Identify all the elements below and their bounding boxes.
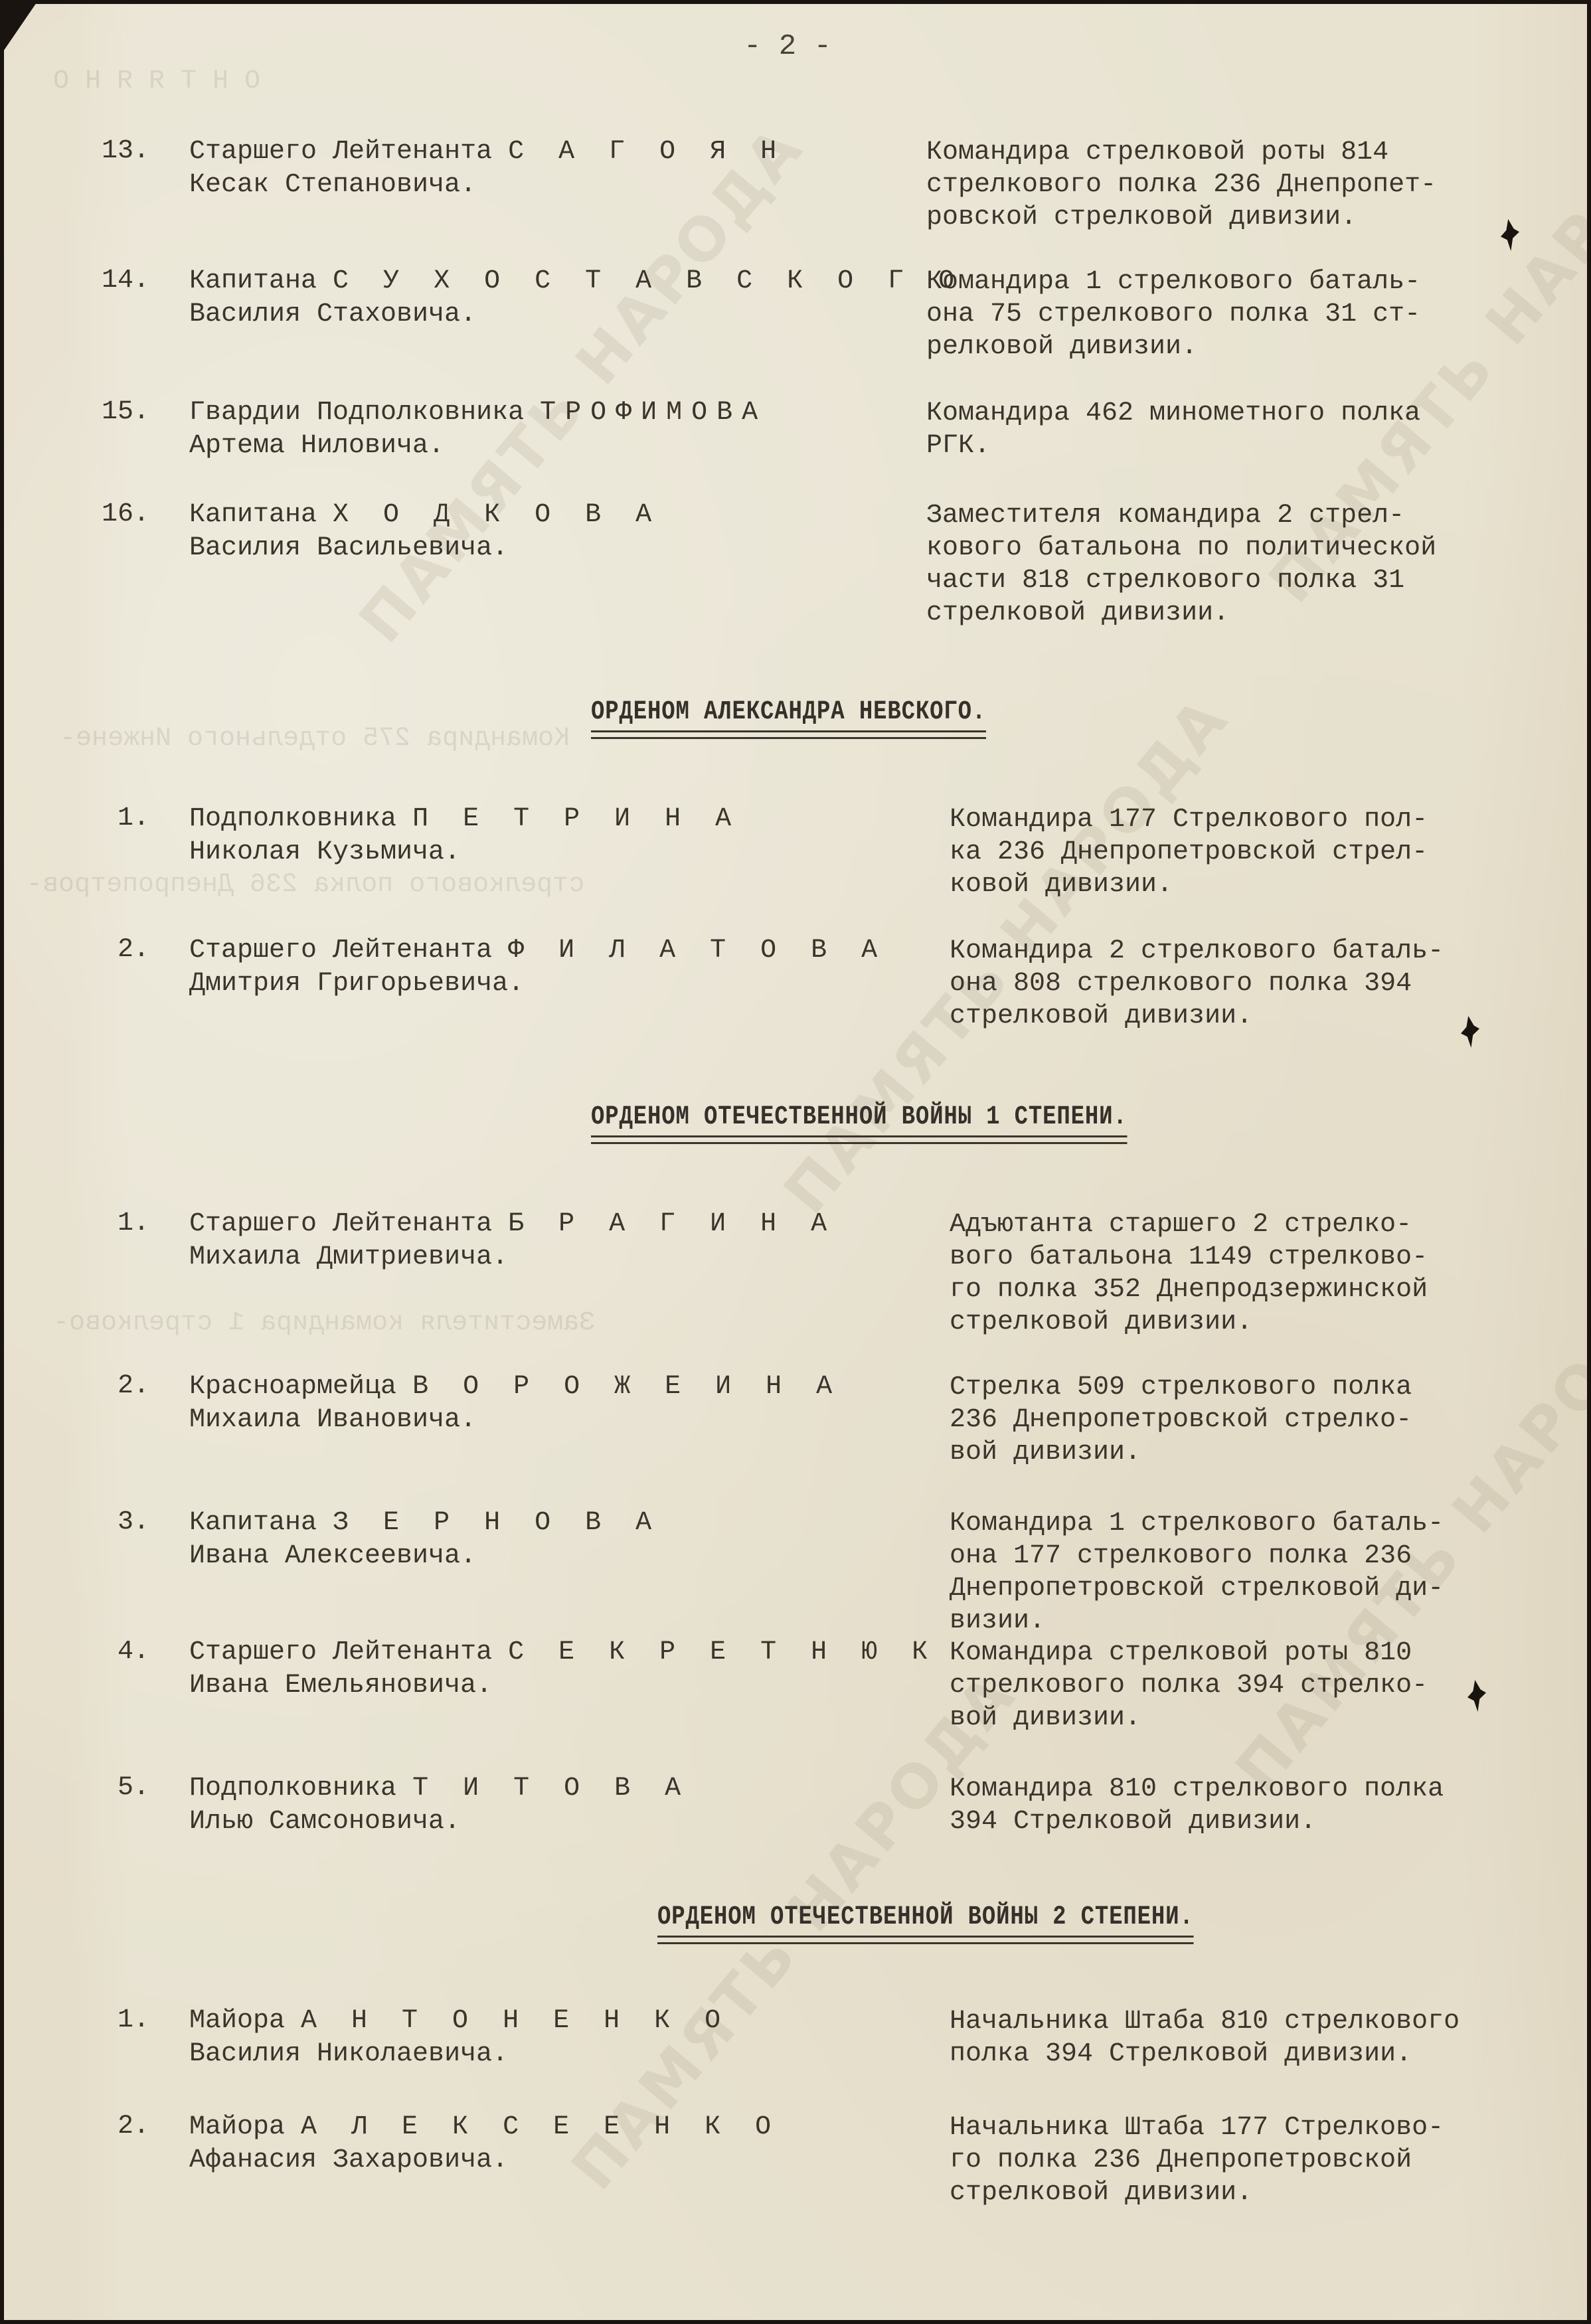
position-line: Командира 1 стрелкового баталь- [926, 266, 1420, 298]
position-line: полка 394 Стрелковой дивизии. [950, 2038, 1460, 2070]
position-line: Командира 462 минометного полка [926, 397, 1420, 430]
surname: А Н Т О Н Е Н К О [301, 2006, 730, 2036]
position-description: Стрелка 509 стрелкового полка236 Днепроп… [950, 1371, 1412, 1469]
first-and-patronymic: Василия Васильевича. [189, 533, 508, 564]
position-line: ковой дивизии. [950, 869, 1428, 901]
position-line: РГК. [926, 430, 1420, 462]
position-line: Днепропетровской стрелковой ди- [950, 1572, 1444, 1605]
position-line: Командира стрелковой роты 810 [950, 1637, 1428, 1669]
position-line: Командира 810 стрелкового полка [950, 1773, 1444, 1805]
position-line: Адъютанта старшего 2 стрелко- [950, 1208, 1428, 1241]
surname: В О Р О Ж Е И Н А [412, 1372, 841, 1402]
first-and-patronymic: Ивана Алексеевича. [189, 1540, 476, 1572]
bleed-through-text: О Н Т Я Я Н О [53, 66, 260, 96]
position-line: она 177 стрелкового полка 236 [950, 1540, 1444, 1572]
rank-and-surname: Старшего Лейтенанта Б Р А Г И Н А [189, 1208, 836, 1240]
first-and-patronymic: Дмитрия Григорьевича. [189, 968, 524, 1000]
rank-and-surname: Гвардии Подполковника ТРОФИМОВА [189, 397, 767, 429]
position-line: ка 236 Днепропетровской стрел- [950, 836, 1428, 869]
entry-number: 4. [96, 1637, 149, 1667]
position-description: Командира стрелковой роты 814стрелкового… [926, 136, 1436, 234]
rank-and-surname: Старшего Лейтенанта С Е К Р Е Т Н Ю К [189, 1637, 937, 1669]
surname: П Е Т Р И Н А [412, 804, 740, 834]
position-line: 394 Стрелковой дивизии. [950, 1805, 1444, 1838]
bleed-through-text: Заместителя командира 1 стрелково- [53, 1308, 595, 1338]
bleed-through-text: стрелкового полка 236 Днепропетров- [27, 870, 584, 900]
first-and-patronymic: Ивана Емельяновича. [189, 1670, 492, 1702]
surname: Х О Д К О В А [333, 500, 661, 530]
position-line: Командира стрелковой роты 814 [926, 136, 1436, 169]
position-line: Командира 2 стрелкового баталь- [950, 935, 1444, 967]
position-description: Заместителя командира 2 стрел-кового бат… [926, 499, 1436, 629]
entry-number: 2. [96, 2112, 149, 2141]
section-heading: ОРДЕНОМ ОТЕЧЕСТВЕННОЙ ВОЙНЫ 1 СТЕПЕНИ. [591, 1102, 1128, 1132]
surname: А Л Е К С Е Е Н К О [301, 2112, 780, 2142]
position-line: она 808 стрелкового полка 394 [950, 967, 1444, 1000]
surname: С Е К Р Е Т Н Ю К [508, 1637, 937, 1667]
position-description: Командира 1 стрелкового баталь-она 177 с… [950, 1507, 1444, 1637]
entry-number: 5. [96, 1773, 149, 1803]
rank: Капитана [189, 500, 333, 530]
page-number: - 2 - [744, 30, 831, 63]
position-line: стрелковой дивизии. [950, 2177, 1444, 2209]
position-line: Командира 177 Стрелкового пол- [950, 803, 1428, 836]
position-description: Командира 462 минометного полкаРГК. [926, 397, 1420, 462]
first-and-patronymic: Михаила Дмитриевича. [189, 1242, 508, 1274]
position-line: ровской стрелковой дивизии. [926, 201, 1436, 234]
entry-number: 13. [96, 136, 149, 166]
position-line: вой дивизии. [950, 1436, 1412, 1469]
rank: Красноармейца [189, 1372, 412, 1402]
position-description: Командира 810 стрелкового полка394 Стрел… [950, 1773, 1444, 1838]
rank: Гвардии Подполковника [189, 398, 540, 428]
rank-and-surname: Красноармейца В О Р О Ж Е И Н А [189, 1371, 841, 1403]
position-line: 236 Днепропетровской стрелко- [950, 1404, 1412, 1436]
section-heading: ОРДЕНОМ ОТЕЧЕСТВЕННОЙ ВОЙНЫ 2 СТЕПЕНИ. [657, 1902, 1194, 1932]
first-and-patronymic: Василия Николаевича. [189, 2038, 508, 2070]
position-line: релковой дивизии. [926, 331, 1420, 363]
position-description: Адъютанта старшего 2 стрелко-вого баталь… [950, 1208, 1428, 1339]
rank: Капитана [189, 266, 333, 296]
entry-number: 1. [96, 803, 149, 833]
first-and-patronymic: Николая Кузьмича. [189, 837, 460, 869]
rank-and-surname: Майора А Н Т О Н Е Н К О [189, 2005, 730, 2037]
rank-and-surname: Капитана З Е Р Н О В А [189, 1507, 661, 1539]
rank: Майора [189, 2006, 301, 2036]
surname: З Е Р Н О В А [333, 1508, 661, 1538]
entry-number: 15. [96, 397, 149, 427]
position-line: Стрелка 509 стрелкового полка [950, 1371, 1412, 1404]
entry-number: 2. [96, 935, 149, 965]
entry-number: 1. [96, 2005, 149, 2035]
entry-number: 3. [96, 1507, 149, 1537]
position-line: вого батальона 1149 стрелково- [950, 1241, 1428, 1274]
position-line: части 818 стрелкового полка 31 [926, 564, 1436, 597]
rank: Подполковника [189, 1774, 412, 1803]
position-description: Командира 177 Стрелкового пол-ка 236 Дне… [950, 803, 1428, 901]
first-and-patronymic: Кесак Степановича. [189, 169, 476, 201]
position-description: Начальника Штаба 810 стрелковогополка 39… [950, 2005, 1460, 2070]
first-and-patronymic: Афанасия Захаровича. [189, 2145, 508, 2177]
position-line: Начальника Штаба 810 стрелкового [950, 2005, 1460, 2038]
surname: Б Р А Г И Н А [508, 1209, 836, 1239]
position-line: Заместителя командира 2 стрел- [926, 499, 1436, 532]
position-line: го полка 352 Днепродзержинской [950, 1274, 1428, 1306]
position-description: Командира стрелковой роты 810стрелкового… [950, 1637, 1428, 1734]
surname: Т И Т О В А [412, 1774, 690, 1803]
position-line: она 75 стрелкового полка 31 ст- [926, 298, 1420, 331]
entry-number: 16. [96, 499, 149, 529]
surname: Ф И Л А Т О В А [508, 936, 886, 965]
position-line: Начальника Штаба 177 Стрелково- [950, 2112, 1444, 2144]
rank-and-surname: Подполковника П Е Т Р И Н А [189, 803, 740, 835]
entry-number: 1. [96, 1208, 149, 1238]
rank-and-surname: Старшего Лейтенанта С А Г О Я Н [189, 136, 786, 168]
position-line: стрелкового полка 236 Днепропет- [926, 169, 1436, 201]
position-line: го полка 236 Днепропетровской [950, 2144, 1444, 2177]
first-and-patronymic: Василия Стаховича. [189, 299, 476, 331]
rank-and-surname: Майора А Л Е К С Е Е Н К О [189, 2112, 780, 2143]
first-and-patronymic: Михаила Ивановича. [189, 1404, 476, 1436]
position-line: стрелковой дивизии. [950, 1306, 1428, 1339]
rank-and-surname: Капитана С У Х О С Т А В С К О Г О [189, 266, 963, 297]
rank: Капитана [189, 1508, 333, 1538]
position-description: Командира 2 стрелкового баталь-она 808 с… [950, 935, 1444, 1033]
surname: ТРОФИМОВА [540, 398, 767, 428]
rank: Майора [189, 2112, 301, 2142]
first-and-patronymic: Артема Ниловича. [189, 430, 444, 462]
position-line: стрелкового полка 394 стрелко- [950, 1669, 1428, 1702]
entry-number: 2. [96, 1371, 149, 1401]
position-line: стрелковой дивизии. [950, 1000, 1444, 1033]
section-heading: ОРДЕНОМ АЛЕКСАНДРА НЕВСКОГО. [591, 697, 986, 727]
surname: С А Г О Я Н [508, 137, 786, 167]
first-and-patronymic: Илью Самсоновича. [189, 1806, 460, 1838]
rank-and-surname: Старшего Лейтенанта Ф И Л А Т О В А [189, 935, 886, 967]
bleed-through-text: Командира 275 отдельного Инжене- [60, 724, 570, 754]
position-line: вой дивизии. [950, 1702, 1428, 1734]
surname: С У Х О С Т А В С К О Г О [333, 266, 963, 296]
rank-and-surname: Капитана Х О Д К О В А [189, 499, 661, 531]
position-description: Командира 1 стрелкового баталь-она 75 ст… [926, 266, 1420, 363]
position-description: Начальника Штаба 177 Стрелково-го полка … [950, 2112, 1444, 2209]
rank: Подполковника [189, 804, 412, 834]
position-line: визии. [950, 1605, 1444, 1637]
rank-and-surname: Подполковника Т И Т О В А [189, 1773, 690, 1805]
entry-number: 14. [96, 266, 149, 295]
rank: Старшего Лейтенанта [189, 936, 508, 965]
position-line: Командира 1 стрелкового баталь- [950, 1507, 1444, 1540]
rank: Старшего Лейтенанта [189, 1209, 508, 1239]
position-line: стрелковой дивизии. [926, 597, 1436, 629]
rank: Старшего Лейтенанта [189, 137, 508, 167]
rank: Старшего Лейтенанта [189, 1637, 508, 1667]
position-line: кового батальона по политической [926, 532, 1436, 564]
